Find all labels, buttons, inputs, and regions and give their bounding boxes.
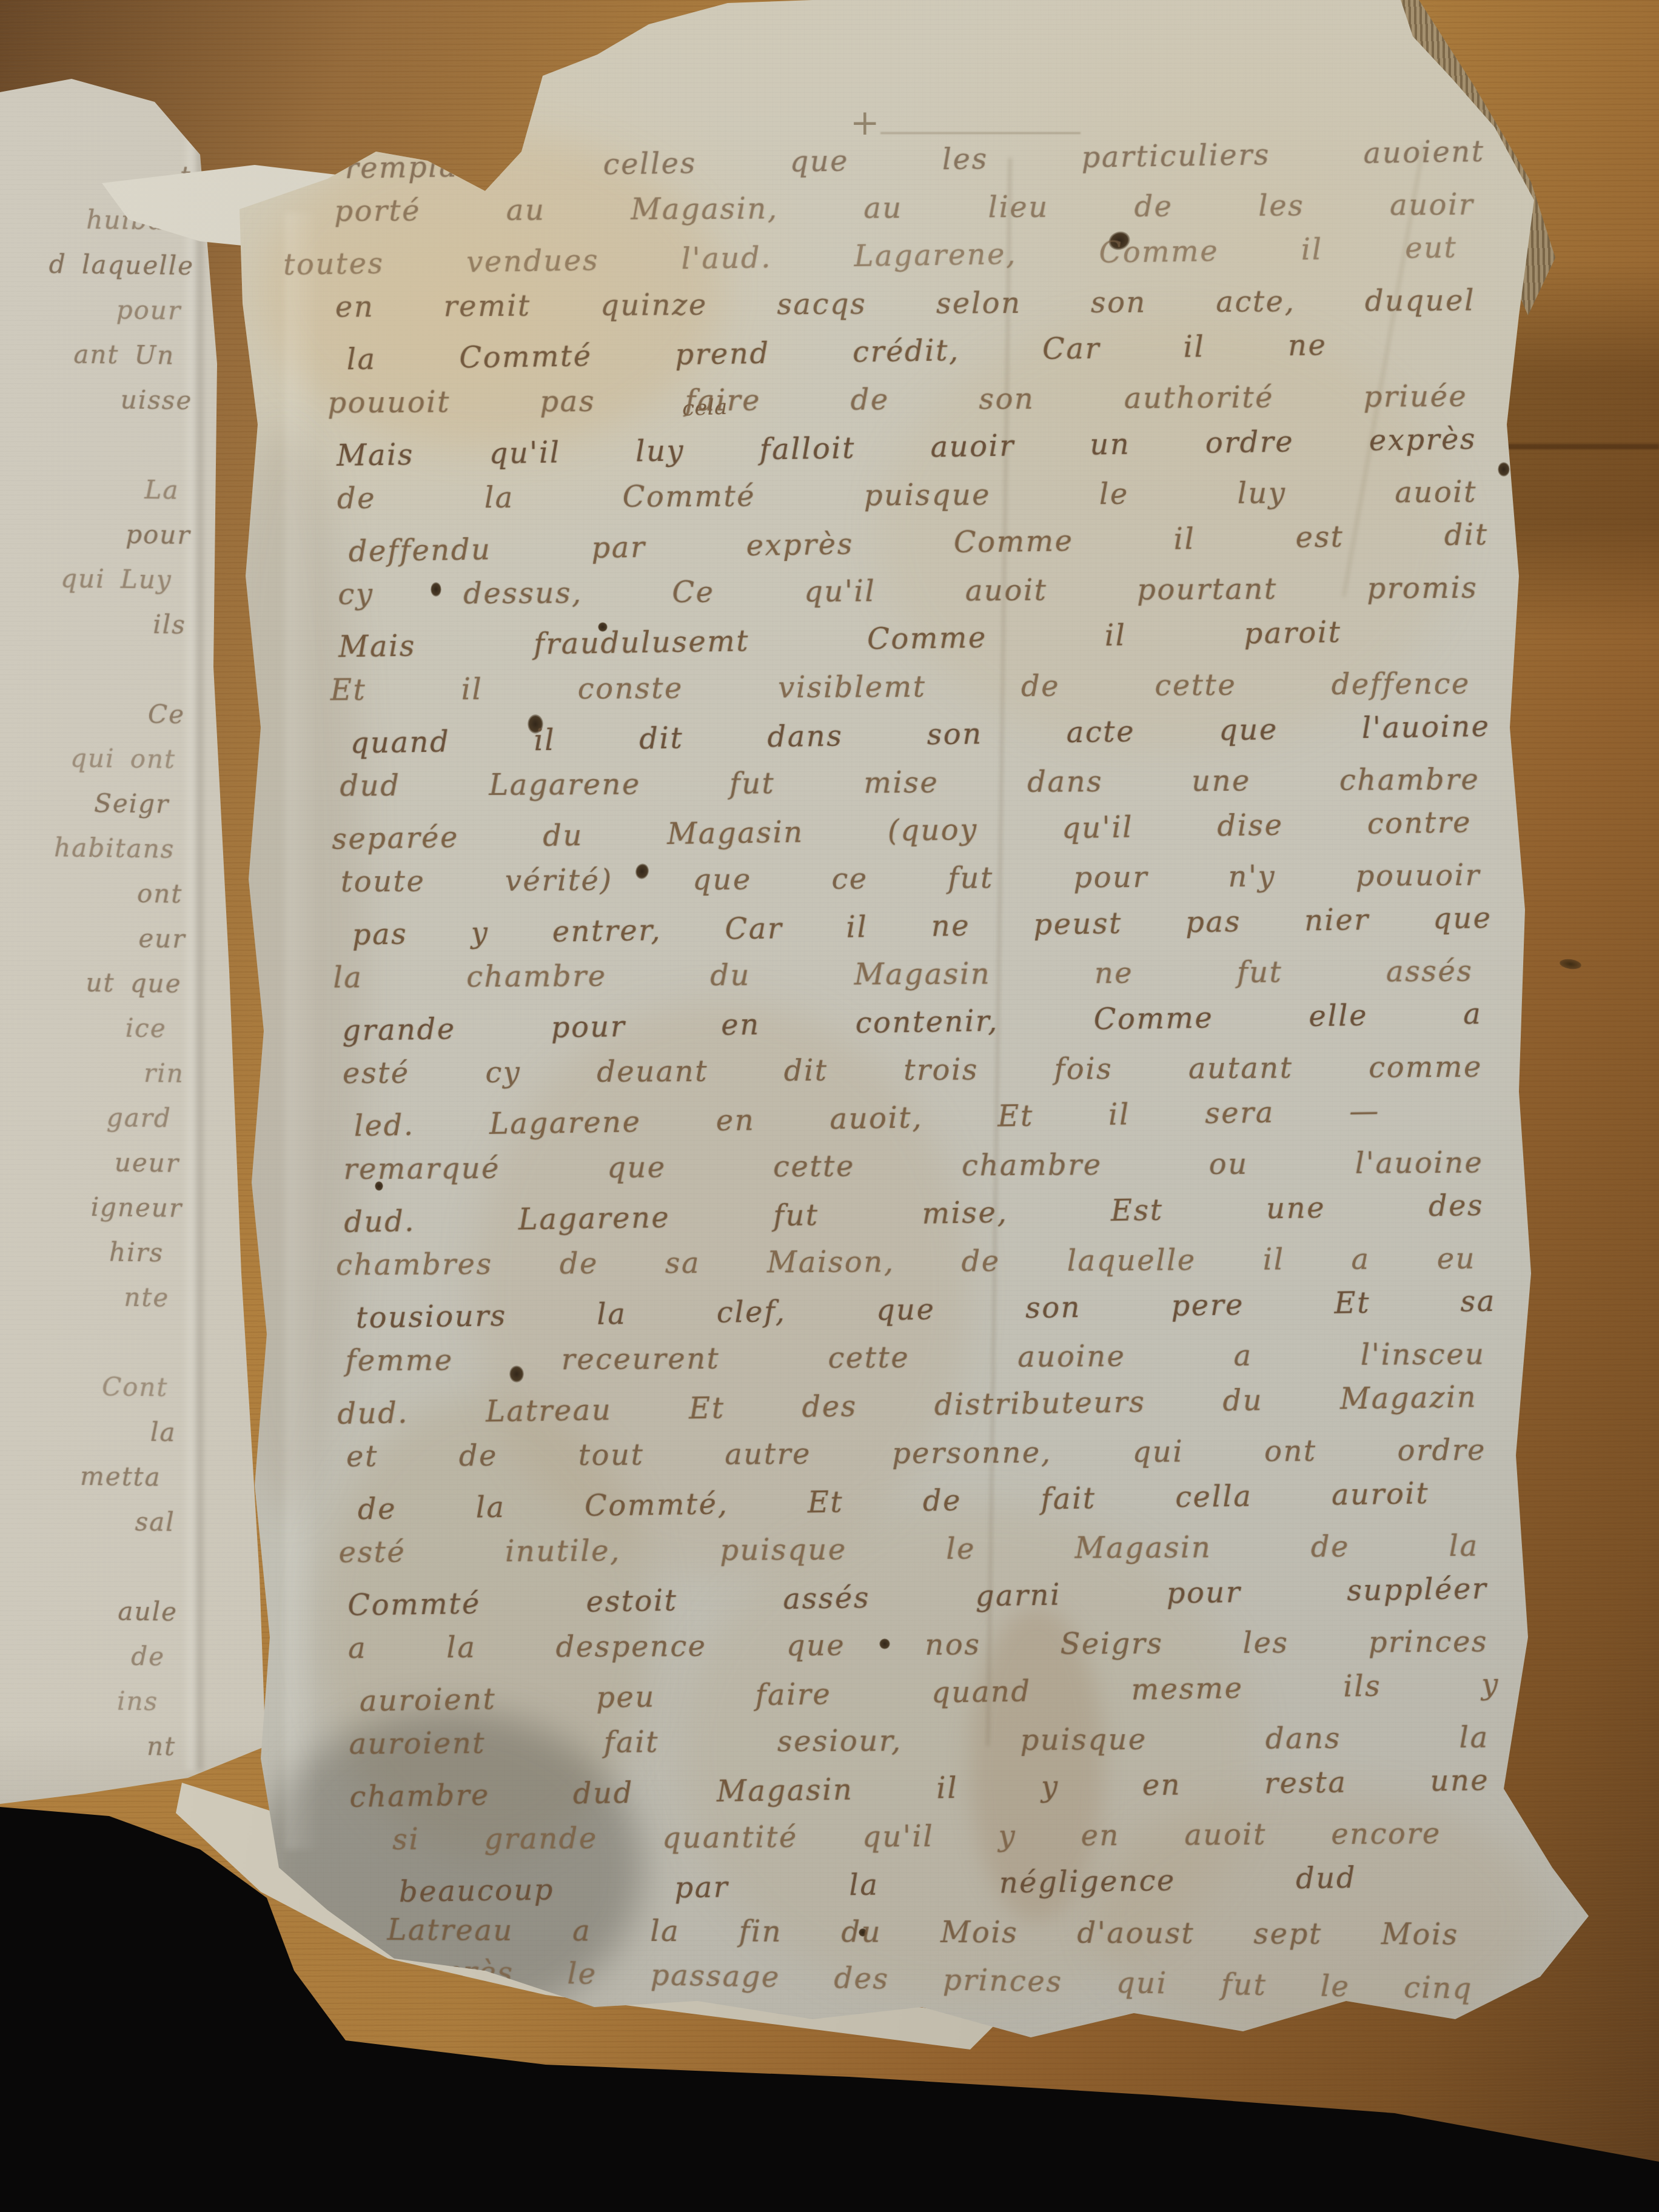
left-page-text-line: uisse [7, 376, 193, 423]
left-page-text-line: igneur [0, 1184, 183, 1231]
left-page-text-line: d laquelle [8, 241, 195, 289]
left-page-text-line [0, 1543, 166, 1589]
left-page-text-line: metta [0, 1453, 161, 1500]
left-page-text-line: ins [0, 1677, 159, 1724]
left-page-text-line: ut que [0, 959, 182, 1007]
left-page-text-line [3, 645, 189, 692]
left-page-text-line: aule [0, 1587, 178, 1635]
left-page-text-line: pour [5, 511, 191, 558]
left-page-text-line: Ce [3, 690, 186, 737]
left-page-text-line: La [5, 466, 179, 512]
left-page-text-line: de [0, 1632, 165, 1679]
left-page-text-line: ils [4, 600, 186, 648]
left-page-text-line: hirs [0, 1228, 164, 1275]
left-page-text-line: ant Un [7, 331, 175, 378]
manuscript-text-block: remplacer celles que les particuliers au… [333, 131, 1491, 2010]
left-page-text-line: la [0, 1408, 176, 1455]
left-page-text-line: qui ont [2, 735, 176, 782]
left-page-text-line: sal [0, 1498, 175, 1545]
left-page-text-line: eur [0, 914, 186, 962]
manuscript-photo: thuiband laquellepourant UnuisseLapourqu… [0, 0, 1659, 2212]
left-page-text-line: qui Luy [4, 555, 172, 602]
cross-mark-tail-stroke [880, 132, 1081, 134]
left-page-text-line: rin [0, 1049, 184, 1096]
left-page-text-line: pour [8, 286, 182, 333]
left-page-text-line: ont [1, 870, 183, 917]
left-page-text-line: Seigr [2, 780, 170, 826]
left-page-text-line: gard [0, 1094, 172, 1141]
wood-grain-seam [1498, 444, 1659, 449]
left-page-text-line: Cont [0, 1363, 169, 1410]
left-page-text-column: thuiband laquellepourant UnuisseLapourqu… [0, 152, 192, 1769]
left-page-text-line [6, 421, 189, 468]
left-page-text-line [0, 1318, 181, 1366]
left-page-text-line: ueur [0, 1139, 179, 1186]
left-page-text-line: nte [0, 1273, 170, 1320]
left-page-text-line: habitans [1, 825, 175, 871]
left-page-text-line: ice [0, 1004, 167, 1051]
left-page-text-line: nt [0, 1722, 176, 1769]
page-curl-highlight [285, 212, 321, 1849]
ink-blot [1498, 462, 1510, 477]
